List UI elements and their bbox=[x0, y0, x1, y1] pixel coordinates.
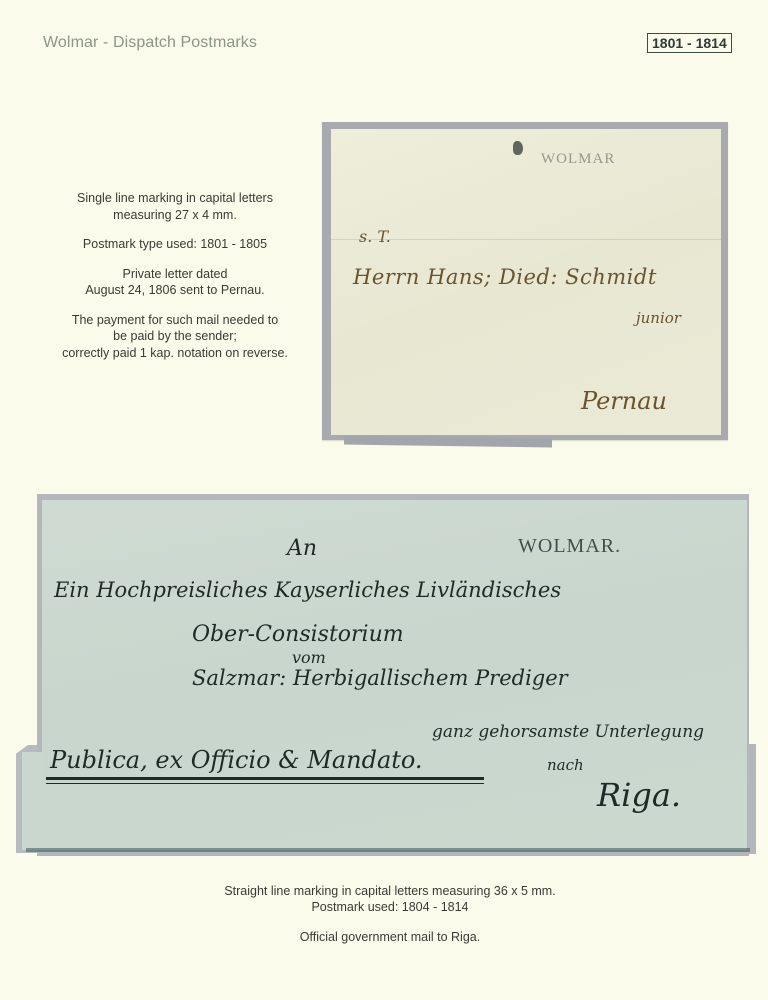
text-line: Postmark used: 1804 - 1814 bbox=[311, 900, 468, 914]
text-line: Single line marking in capital letters bbox=[77, 191, 273, 205]
letter-1-mount-tab bbox=[344, 436, 552, 448]
description-type-used: Postmark type used: 1801 - 1805 bbox=[40, 236, 310, 253]
letter-1-image: WOLMAR s. T. Herrn Hans; Died: Schmidt j… bbox=[331, 129, 721, 435]
text-line: measuring 27 x 4 mm. bbox=[113, 208, 237, 222]
description-measurement: Single line marking in capital letters m… bbox=[40, 190, 310, 223]
handwriting-destination: Pernau bbox=[581, 387, 667, 415]
postmark-wolmar-1: WOLMAR bbox=[541, 151, 615, 168]
official-notation: Publica, ex Officio & Mandato. bbox=[50, 746, 423, 774]
text-line: Official government mail to Riga. bbox=[300, 930, 480, 944]
handwriting-line-3: Salzmar: Herbigallischem Prediger bbox=[192, 666, 568, 690]
handwriting-st: s. T. bbox=[359, 227, 391, 246]
text-line: correctly paid 1 kap. notation on revers… bbox=[62, 346, 288, 360]
date-range-badge: 1801 - 1814 bbox=[647, 33, 732, 53]
caption-mail-type: Official government mail to Riga. bbox=[180, 929, 600, 945]
text-line: Postmark type used: 1801 - 1805 bbox=[83, 237, 267, 251]
notation-underline bbox=[46, 777, 484, 780]
handwriting-nach: nach bbox=[547, 756, 584, 774]
text-line: The payment for such mail needed to bbox=[72, 313, 278, 327]
exhibit-1-description: Single line marking in capital letters m… bbox=[40, 190, 310, 374]
ink-blot bbox=[513, 141, 523, 155]
notation-underline-thin bbox=[46, 783, 484, 784]
text-line: Straight line marking in capital letters… bbox=[224, 884, 555, 898]
description-letter-date: Private letter dated August 24, 1806 sen… bbox=[40, 266, 310, 299]
handwriting-line-1: Ein Hochpreisliches Kayserliches Livländ… bbox=[54, 578, 561, 602]
letter-2-flap bbox=[22, 752, 44, 850]
postmark-wolmar-2: WOLMAR. bbox=[518, 535, 621, 558]
handwriting-junior: junior bbox=[636, 309, 681, 327]
text-line: Private letter dated bbox=[123, 267, 228, 281]
description-payment: The payment for such mail needed to be p… bbox=[40, 312, 310, 362]
handwriting-line-2: Ober-Consistorium bbox=[192, 622, 404, 647]
handwriting-addressee: Herrn Hans; Died: Schmidt bbox=[353, 265, 657, 289]
caption-measurement: Straight line marking in capital letters… bbox=[180, 883, 600, 915]
handwriting-riga: Riga. bbox=[597, 776, 681, 814]
handwriting-an: An bbox=[287, 536, 317, 561]
exhibit-2-caption: Straight line marking in capital letters… bbox=[180, 883, 600, 959]
letter-2-bottom-edge bbox=[26, 848, 750, 852]
letter-2-image: WOLMAR. An Ein Hochpreisliches Kayserlic… bbox=[42, 500, 747, 850]
handwriting-line-4: ganz gehorsamste Unterlegung bbox=[432, 722, 704, 742]
text-line: August 24, 1806 sent to Pernau. bbox=[85, 283, 264, 297]
text-line: be paid by the sender; bbox=[113, 329, 237, 343]
handwriting-vom: vom bbox=[292, 648, 326, 667]
page-title: Wolmar - Dispatch Postmarks bbox=[43, 34, 257, 52]
